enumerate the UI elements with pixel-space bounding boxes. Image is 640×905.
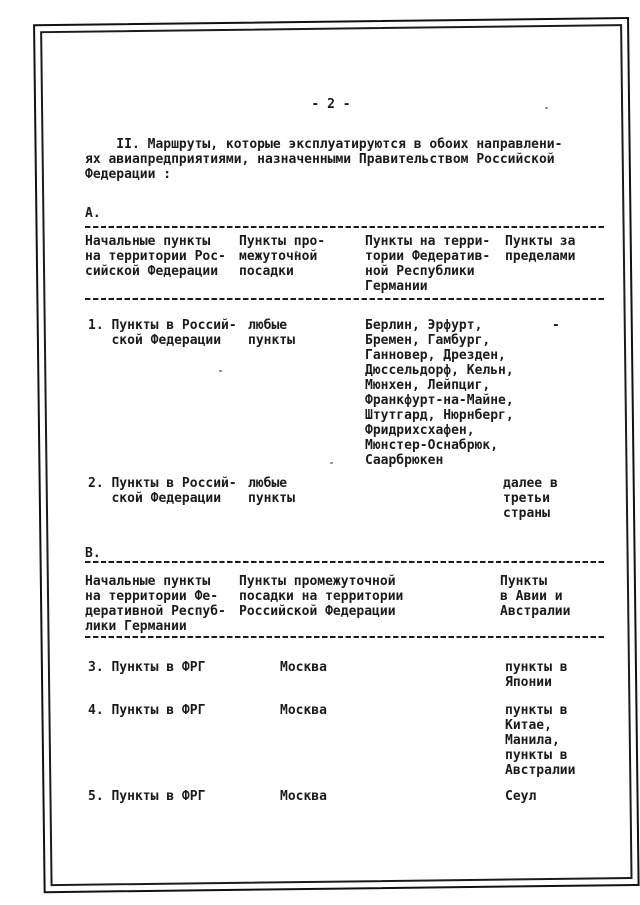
dashed-rule <box>85 298 605 300</box>
scan-speck <box>295 251 298 253</box>
dashed-rule <box>85 226 605 228</box>
section-a-label: А. <box>85 206 101 221</box>
table-row-cell-intermediate: Москва <box>280 789 327 804</box>
intro-paragraph: II. Маршруты, которые эксплуатируются в … <box>85 137 562 182</box>
table-row-cell-origin: 4. Пункты в ФРГ <box>88 703 205 718</box>
dashed-rule <box>85 636 605 638</box>
scan-speck <box>219 370 222 372</box>
table-a-header-intermediate: Пункты про- межуточной посадки <box>239 234 325 279</box>
table-row-cell-beyond: - <box>552 318 560 333</box>
section-b-label: В. <box>85 546 101 561</box>
table-row-cell-intermediate: Москва <box>280 660 327 675</box>
table-row-cell-intermediate: любые пункты <box>248 318 295 348</box>
table-a-header-origin: Начальные пункты на территории Рос- сийс… <box>85 234 226 279</box>
table-row-cell-beyond: пункты в Китае, Манила, пункты в Австрал… <box>505 703 575 778</box>
table-row-cell-beyond: далее в третьи страны <box>503 476 558 521</box>
table-row-cell-intermediate: Москва <box>280 703 327 718</box>
table-b-header-origin: Начальные пункты на территории Фе- дерат… <box>85 574 226 634</box>
table-row-cell-origin: 2. Пункты в Россий- ской Федерации <box>88 476 237 506</box>
table-row-cell-origin: 5. Пункты в ФРГ <box>88 789 205 804</box>
scan-speck <box>545 107 548 109</box>
scan-speck <box>330 462 333 464</box>
table-row-cell-origin: 3. Пункты в ФРГ <box>88 660 205 675</box>
table-row-cell-beyond: пункты в Японии <box>505 660 568 690</box>
table-row-cell-beyond: Сеул <box>505 789 536 804</box>
table-row-cell-germany: Берлин, Эрфурт, Бремен, Гамбург, Ганнове… <box>365 318 514 468</box>
scanned-document-page: - 2 - II. Маршруты, которые эксплуатирую… <box>0 0 640 905</box>
table-row-cell-origin: 1. Пункты в Россий- ской Федерации <box>88 318 237 348</box>
page-number: - 2 - <box>33 97 629 112</box>
table-a-header-germany: Пункты на терри- тории Федератив- ной Ре… <box>365 234 490 294</box>
table-row-cell-intermediate: любые пункты <box>248 476 295 506</box>
table-b-header-intermediate: Пункты промежуточной посадки на территор… <box>239 574 403 619</box>
table-b-header-beyond: Пункты в Авии и Австралии <box>500 574 570 619</box>
dashed-rule <box>85 561 605 563</box>
table-a-header-beyond: Пункты за пределами <box>505 234 575 264</box>
